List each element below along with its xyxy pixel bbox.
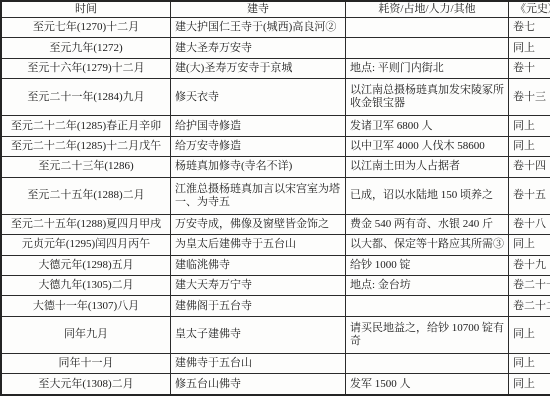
cell-time: 至元十六年(1279)十二月 <box>1 58 171 78</box>
cell-volume: 同上 <box>509 374 550 395</box>
table-row: 同年九月皇太子建佛寺请买民地益之，给钞 10700 锭有奇同上 <box>1 316 550 353</box>
cell-volume: 同上 <box>509 38 550 58</box>
header-volume: 《元史》卷次 <box>509 1 550 18</box>
cell-temple: 修天衣寺 <box>171 79 346 116</box>
table-row: 至元十六年(1279)十二月建(大)圣寿万安寺于京城地点: 平则门内街北卷十 <box>1 58 550 78</box>
table-row: 元贞元年(1295)闰四月丙午为皇太后建佛寺于五台山以大都、保定等十路应其所需③… <box>1 235 550 255</box>
cell-volume: 卷二十一 <box>509 276 550 296</box>
cell-temple: 为皇太后建佛寺于五台山 <box>171 235 346 255</box>
table-row: 至元二十二年(1285)十二月戊午给万安寺修造以中卫军 4000 人伐木 586… <box>1 136 550 156</box>
cell-temple: 建大天寿万宁寺 <box>171 276 346 296</box>
table-row: 至元二十三年(1286)杨琏真加修寺(寺名不详)以江南土田为人占据者卷十四 <box>1 157 550 177</box>
cell-cost: 已成，诏以水陆地 150 顷养之 <box>346 177 509 214</box>
cell-time: 大德十一年(1307)八月 <box>1 296 171 316</box>
cell-time: 至元二十五年(1288)夏四月甲戌 <box>1 214 171 234</box>
cell-cost: 给钞 1000 锭 <box>346 255 509 275</box>
cell-cost <box>346 296 509 316</box>
cell-volume: 同上 <box>509 235 550 255</box>
cell-temple: 给护国寺修造 <box>171 116 346 136</box>
table-body: 至元七年(1270)十二月建大护国仁王寺于(城西)高良河②卷七至元九年(1272… <box>1 18 550 396</box>
cell-temple: 建大圣寿万安寺 <box>171 38 346 58</box>
header-time: 时间 <box>1 1 171 18</box>
cell-cost: 发军 1500 人 <box>346 374 509 395</box>
cell-time: 至元七年(1270)十二月 <box>1 18 171 38</box>
cell-temple: 皇太子建佛寺 <box>171 316 346 353</box>
cell-cost: 发诸卫军 6800 人 <box>346 116 509 136</box>
cell-cost: 以大都、保定等十路应其所需③ <box>346 235 509 255</box>
cell-cost: 以江南总摄杨琏真加发宋陵冢所收金银宝器 <box>346 79 509 116</box>
cell-time: 大德九年(1305)二月 <box>1 276 171 296</box>
table-row: 大德九年(1305)二月建大天寿万宁寺地点: 金台坊卷二十一 <box>1 276 550 296</box>
table-row: 同年十一月建佛寺于五台山同上 <box>1 353 550 373</box>
cell-temple: 修五台山佛寺 <box>171 374 346 395</box>
cell-volume: 同上 <box>509 353 550 373</box>
cell-cost <box>346 353 509 373</box>
table-row: 大德元年(1298)五月建临洮佛寺给钞 1000 锭卷十九 <box>1 255 550 275</box>
cell-volume: 卷十三 <box>509 79 550 116</box>
cell-temple: 万安寺成，佛像及窗壁皆金饰之 <box>171 214 346 234</box>
yuan-temple-construction-table: 时间 建寺 耗资/占地/人力/其他 《元史》卷次 至元七年(1270)十二月建大… <box>0 0 550 396</box>
cell-temple: 建佛阁于五台寺 <box>171 296 346 316</box>
cell-cost: 费金 540 两有奇、水银 240 斤 <box>346 214 509 234</box>
cell-time: 同年九月 <box>1 316 171 353</box>
table-row: 至元二十二年(1285)春正月辛卯给护国寺修造发诸卫军 6800 人同上 <box>1 116 550 136</box>
cell-temple: 建(大)圣寿万安寺于京城 <box>171 58 346 78</box>
cell-cost: 请买民地益之，给钞 10700 锭有奇 <box>346 316 509 353</box>
table-row: 至元二十五年(1288)夏四月甲戌万安寺成，佛像及窗壁皆金饰之费金 540 两有… <box>1 214 550 234</box>
cell-temple: 建临洮佛寺 <box>171 255 346 275</box>
cell-volume: 卷二十二 <box>509 296 550 316</box>
header-cost: 耗资/占地/人力/其他 <box>346 1 509 18</box>
cell-volume: 同上 <box>509 316 550 353</box>
cell-volume: 同上 <box>509 136 550 156</box>
table-row: 至元二十五年(1288)二月江淮总摄杨琏真加言以宋宫室为塔一、为寺五已成，诏以水… <box>1 177 550 214</box>
cell-volume: 卷十九 <box>509 255 550 275</box>
table-row: 至元九年(1272)建大圣寿万安寺同上 <box>1 38 550 58</box>
cell-cost: 以江南土田为人占据者 <box>346 157 509 177</box>
cell-temple: 江淮总摄杨琏真加言以宋宫室为塔一、为寺五 <box>171 177 346 214</box>
cell-temple: 建佛寺于五台山 <box>171 353 346 373</box>
table-row: 至元二十一年(1284)九月修天衣寺以江南总摄杨琏真加发宋陵冢所收金银宝器卷十三 <box>1 79 550 116</box>
cell-cost: 地点: 平则门内街北 <box>346 58 509 78</box>
table-row: 至元七年(1270)十二月建大护国仁王寺于(城西)高良河②卷七 <box>1 18 550 38</box>
cell-volume: 卷七 <box>509 18 550 38</box>
cell-temple: 给万安寺修造 <box>171 136 346 156</box>
cell-temple: 杨琏真加修寺(寺名不详) <box>171 157 346 177</box>
scanned-document-page: 时间 建寺 耗资/占地/人力/其他 《元史》卷次 至元七年(1270)十二月建大… <box>0 0 550 396</box>
cell-time: 同年十一月 <box>1 353 171 373</box>
cell-volume: 卷十 <box>509 58 550 78</box>
cell-cost <box>346 18 509 38</box>
cell-time: 至元二十三年(1286) <box>1 157 171 177</box>
cell-volume: 同上 <box>509 116 550 136</box>
table-header: 时间 建寺 耗资/占地/人力/其他 《元史》卷次 <box>1 1 550 18</box>
header-row: 时间 建寺 耗资/占地/人力/其他 《元史》卷次 <box>1 1 550 18</box>
cell-time: 至大元年(1308)二月 <box>1 374 171 395</box>
header-temple: 建寺 <box>171 1 346 18</box>
table-row: 大德十一年(1307)八月建佛阁于五台寺卷二十二 <box>1 296 550 316</box>
cell-time: 至元二十五年(1288)二月 <box>1 177 171 214</box>
cell-volume: 卷十四 <box>509 157 550 177</box>
cell-cost: 地点: 金台坊 <box>346 276 509 296</box>
cell-volume: 卷十八 <box>509 214 550 234</box>
cell-cost <box>346 38 509 58</box>
cell-time: 至元二十二年(1285)十二月戊午 <box>1 136 171 156</box>
cell-time: 至元二十一年(1284)九月 <box>1 79 171 116</box>
cell-volume: 卷十五 <box>509 177 550 214</box>
cell-temple: 建大护国仁王寺于(城西)高良河② <box>171 18 346 38</box>
cell-cost: 以中卫军 4000 人伐木 58600 <box>346 136 509 156</box>
table-row: 至大元年(1308)二月修五台山佛寺发军 1500 人同上 <box>1 374 550 395</box>
cell-time: 元贞元年(1295)闰四月丙午 <box>1 235 171 255</box>
cell-time: 大德元年(1298)五月 <box>1 255 171 275</box>
cell-time: 至元二十二年(1285)春正月辛卯 <box>1 116 171 136</box>
cell-time: 至元九年(1272) <box>1 38 171 58</box>
